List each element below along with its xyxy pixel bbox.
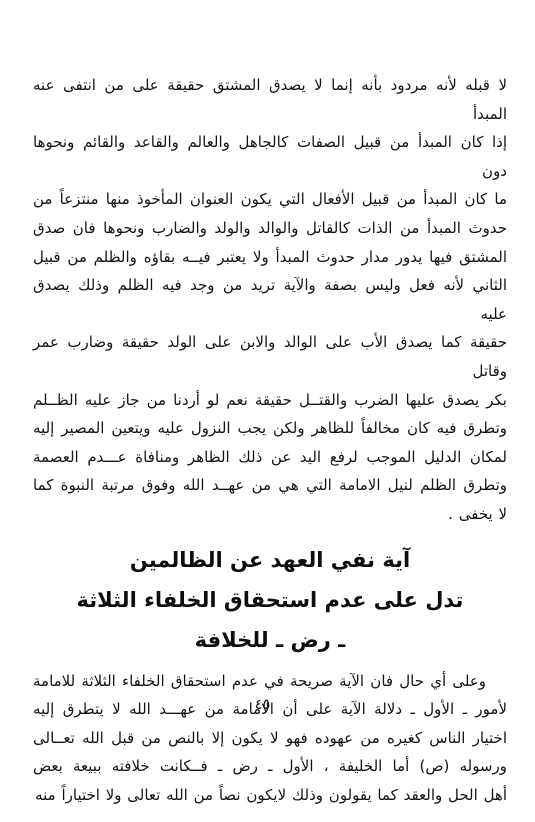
section-heading-line: ـ رض ـ للخلافة [33,620,507,660]
text-line: أهل الحل والعقد كما يقولون وذلك لايكون ن… [33,781,507,810]
scanned-book-page: لا قبله لأنه مردود بأنه إنما لا يصدق الم… [0,0,535,822]
text-line: وعلى أي حال فان الآية صريحة في عدم استحق… [33,667,507,696]
text-line: لمكان الدليل الموجب لرفع اليد عن ذلك الظ… [33,443,507,472]
section-heading: آية نفي العهد عن الظالمين تدل على عدم اس… [33,540,507,660]
text-line: اختيار الناس كغيره من عهوده فهو لا يكون … [33,724,507,753]
text-line: وتطرق فيه كان مخالفاً للظاهر ولكن يجب ال… [33,414,507,443]
paragraph-top: لا قبله لأنه مردود بأنه إنما لا يصدق الم… [33,71,507,529]
text-line: الثاني لأنه فعل وليس بصفة والآية تريد من… [33,271,507,328]
section-heading-line: آية نفي العهد عن الظالمين [33,540,507,580]
text-line: ورسوله (ص) أما الخليفة ، الأول ـ رض ـ فـ… [33,752,507,781]
text-line: ما كان المبدأ من قبيل الأفعال التي يكون … [33,185,507,214]
text-line: حقيقة كما يصدق الأب على الوالد والابن عل… [33,328,507,385]
text-line: وتطرق الظلم لنيل الامامة التي هي من عهــ… [33,471,507,500]
text-line: حدوث المبدأ من الذات كالقاتل والوالد وال… [33,214,507,243]
text-line: إذا كان المبدأ من قبيل الصفات كالجاهل وا… [33,128,507,185]
text-line: لا قبله لأنه مردود بأنه إنما لا يصدق الم… [33,71,507,128]
text-line: المشتق فيها يدور مدار حدوث المبدأ ولا يع… [33,243,507,272]
paragraph-bottom: وعلى أي حال فان الآية صريحة في عدم استحق… [33,667,507,810]
text-line: لا يخفى . [33,500,507,529]
section-heading-line: تدل على عدم استحقاق الخلفاء الثلاثة [33,580,507,620]
text-line: بكر يصدق عليها الضرب والقتــل حقيقة نعم … [33,386,507,415]
page-number: ٤٥ [0,697,525,713]
